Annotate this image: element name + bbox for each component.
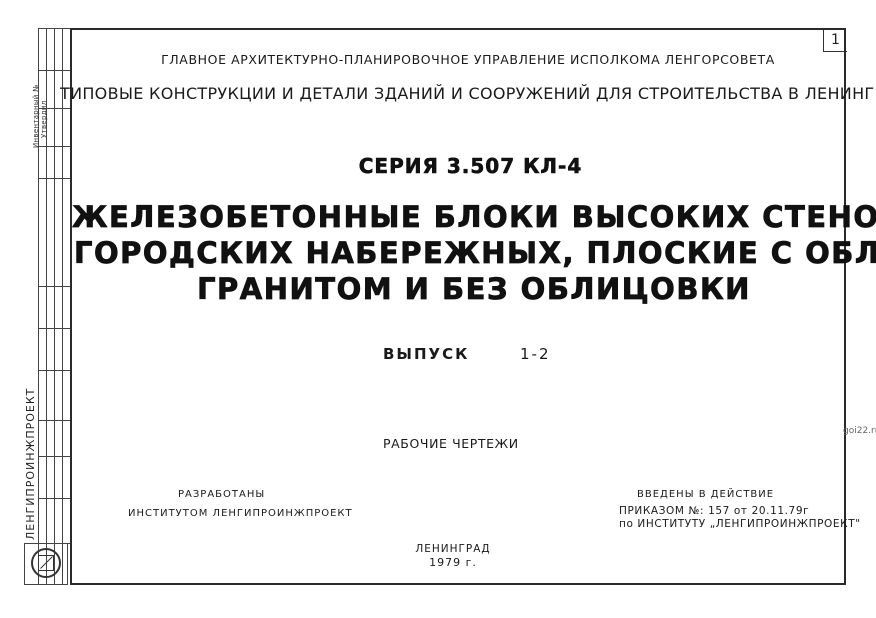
document-title-line3: ГРАНИТОМ И БЕЗ ОБЛИЦОВКИ (0, 272, 876, 306)
page-number: 1 (823, 30, 847, 52)
introduced-label: ВВЕДЕНЫ В ДЕЙСТВИЕ (637, 489, 774, 500)
document-type: РАБОЧИЕ ЧЕРТЕЖИ (383, 436, 519, 451)
collection-header: ТИПОВЫЕ КОНСТРУКЦИИ И ДЕТАЛИ ЗДАНИЙ И СО… (0, 84, 876, 103)
issue-label: ВЫПУСК (383, 345, 469, 363)
document-title-line2: ГОРОДСКИХ НАБЕРЕЖНЫХ, ПЛОСКИЕ С ОБЛИЦОВК… (0, 236, 876, 270)
stamp-institute-name: ЛЕНГИПРОИНЖПРОЕКТ (24, 388, 37, 540)
issue-number: 1-2 (520, 345, 551, 363)
developed-by: ИНСТИТУТОМ ЛЕНГИПРОИНЖПРОЕКТ (128, 508, 353, 519)
place: ЛЕНИНГРАД (0, 543, 876, 555)
year: 1979 г. (0, 556, 876, 569)
watermark: goi22.ru (843, 426, 876, 436)
document-title-line1: ЖЕЛЕЗОБЕТОННЫЕ БЛОКИ ВЫСОКИХ СТЕНОК (0, 200, 876, 234)
organization-header: ГЛАВНОЕ АРХИТЕКТУРНО-ПЛАНИРОВОЧНОЕ УПРАВ… (0, 52, 876, 67)
series-title: СЕРИЯ 3.507 КЛ-4 (0, 154, 876, 178)
developed-label: РАЗРАБОТАНЫ (178, 489, 265, 500)
introduced-order: ПРИКАЗОМ №: 157 от 20.11.79г (619, 505, 809, 517)
drawing-frame (70, 28, 846, 585)
introduced-institute: по ИНСТИТУТУ „ЛЕНГИПРОИНЖПРОЕКТ" (619, 518, 861, 530)
stamp-approval-label: Утвердил (40, 101, 48, 138)
title-block-stamp: Инвентарный № Утвердил ЛЕНГИПРОИНЖПРОЕКТ (24, 28, 70, 585)
